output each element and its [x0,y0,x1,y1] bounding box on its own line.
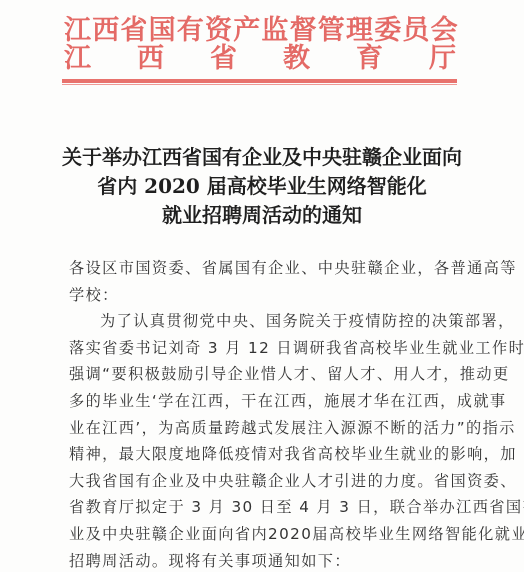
body-line: 为了认真贯彻党中央、国务院关于疫情防控的决策部署， [69,308,489,335]
document-page: 江西省国有资产监督管理委员会 江西省教育厅 关于举办江西省国有企业及中央驻赣企业… [0,0,524,572]
body-line: 业在江西’，为高质量跨越式发展注入源源不断的活力”的指示 [69,415,489,442]
letterhead-red-rule [62,79,457,83]
letterhead-org-2-char: 厅 [429,44,456,74]
body-line: 强调“要积极鼓励引导企业惜人才、留人才、用人才，推动更 [69,361,489,388]
body-line: 业及中央驻赣企业面向省内2020届高校毕业生网络智能化就业 [69,521,489,548]
body-line: 省教育厅拟定于 3 月 30 日至 4 月 3 日，联合举办江西省国有企 [69,494,489,521]
body-line: 精神，最大限度地降低疫情对我省高校毕业生就业的影响，加 [69,441,489,468]
letterhead-org-1: 江西省国有资产监督管理委员会 [64,16,456,46]
body-line: 落实省委书记刘奇 3 月 12 日调研我省高校毕业生就业工作时， [69,335,489,362]
letterhead-red-rule-thin [62,84,457,85]
letterhead-org-2-char: 省 [210,44,237,74]
document-title-line-1: 关于举办江西省国有企业及中央驻赣企业面向 [0,141,524,170]
body-line: 各设区市国资委、省属国有企业、中央驻赣企业，各普通高等 [69,255,489,282]
body-line: 招聘周活动。现将有关事项通知如下： [69,548,489,572]
body-line: 大我省国有企业及中央驻赣企业人才引进的力度。省国资委、 [69,468,489,495]
letterhead-org-2: 江西省教育厅 [64,44,456,74]
letterhead-org-2-char: 西 [137,44,164,74]
document-body: 各设区市国资委、省属国有企业、中央驻赣企业，各普通高等 学校： 为了认真贯彻党中… [69,255,489,572]
body-line: 多的毕业生‘学在江西，干在江西，施展才华在江西，成就事 [69,388,489,415]
document-title-line-2: 省内 2020 届高校毕业生网络智能化 [0,170,524,199]
letterhead-org-2-char: 江 [64,44,91,74]
letterhead-org-2-char: 教 [283,44,310,74]
letterhead-org-2-char: 育 [356,44,383,74]
document-title-line-3: 就业招聘周活动的通知 [0,199,524,228]
body-line: 学校： [69,282,489,309]
